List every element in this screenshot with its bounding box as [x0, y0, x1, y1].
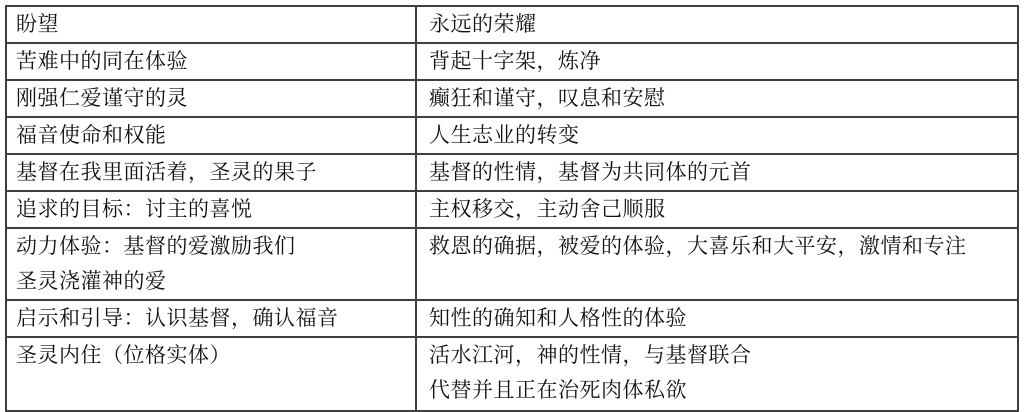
- table-cell: 活水江河，神的性情，与基督联合 代替并且正在治死肉体私欲: [416, 337, 1018, 411]
- table-cell: 永远的荣耀: [416, 6, 1018, 43]
- table-cell: 动力体验：基督的爱激励我们 圣灵浇灌神的爱: [6, 228, 416, 300]
- table-cell: 知性的确知和人格性的体验: [416, 300, 1018, 337]
- table-cell: 苦难中的同在体验: [6, 43, 416, 80]
- table-row: 基督在我里面活着，圣灵的果子 基督的性情，基督为共同体的元首: [6, 154, 1018, 191]
- cell-text: 主权移交，主动舍己顺服: [429, 192, 1009, 227]
- table-cell: 癫狂和谨守，叹息和安慰: [416, 80, 1018, 117]
- cell-text: 动力体验：基督的爱激励我们: [16, 229, 407, 264]
- table-cell: 主权移交，主动舍己顺服: [416, 191, 1018, 228]
- table-cell: 人生志业的转变: [416, 117, 1018, 154]
- table-cell: 刚强仁爱谨守的灵: [6, 80, 416, 117]
- table-cell: 救恩的确据，被爱的体验，大喜乐和大平安，激情和专注: [416, 228, 1018, 300]
- table-cell: 追求的目标：讨主的喜悦: [6, 191, 416, 228]
- cell-text: 盼望: [16, 7, 407, 42]
- cell-text: 基督的性情，基督为共同体的元首: [429, 155, 1009, 190]
- cell-text: 人生志业的转变: [429, 118, 1009, 153]
- cell-text: 背起十字架，炼净: [429, 44, 1009, 79]
- cell-text: 救恩的确据，被爱的体验，大喜乐和大平安，激情和专注: [429, 229, 1009, 264]
- table-row: 刚强仁爱谨守的灵 癫狂和谨守，叹息和安慰: [6, 80, 1018, 117]
- table-row: 动力体验：基督的爱激励我们 圣灵浇灌神的爱 救恩的确据，被爱的体验，大喜乐和大平…: [6, 228, 1018, 300]
- table-row: 启示和引导：认识基督，确认福音 知性的确知和人格性的体验: [6, 300, 1018, 337]
- table-cell: 圣灵内住（位格实体）: [6, 337, 416, 411]
- cell-text: 癫狂和谨守，叹息和安慰: [429, 81, 1009, 116]
- table-row: 盼望 永远的荣耀: [6, 6, 1018, 43]
- table-row: 追求的目标：讨主的喜悦 主权移交，主动舍己顺服: [6, 191, 1018, 228]
- cell-text: 基督在我里面活着，圣灵的果子: [16, 155, 407, 190]
- table-cell: 启示和引导：认识基督，确认福音: [6, 300, 416, 337]
- table-cell: 基督在我里面活着，圣灵的果子: [6, 154, 416, 191]
- comparison-table: 盼望 永远的荣耀 苦难中的同在体验 背起十字架，炼净 刚强仁爱谨守的灵 癫狂和谨…: [5, 5, 1019, 412]
- cell-text: 苦难中的同在体验: [16, 44, 407, 79]
- cell-text: 活水江河，神的性情，与基督联合: [429, 338, 1009, 373]
- table-cell: 背起十字架，炼净: [416, 43, 1018, 80]
- cell-text: 知性的确知和人格性的体验: [429, 301, 1009, 336]
- cell-text: 圣灵浇灌神的爱: [16, 264, 407, 299]
- cell-text: 代替并且正在治死肉体私欲: [429, 373, 1009, 408]
- table-cell: 盼望: [6, 6, 416, 43]
- cell-text: 刚强仁爱谨守的灵: [16, 81, 407, 116]
- cell-text: 永远的荣耀: [429, 7, 1009, 42]
- cell-text: 追求的目标：讨主的喜悦: [16, 192, 407, 227]
- table-cell: 福音使命和权能: [6, 117, 416, 154]
- table-cell: 基督的性情，基督为共同体的元首: [416, 154, 1018, 191]
- cell-text: 圣灵内住（位格实体）: [16, 338, 407, 373]
- table-row: 圣灵内住（位格实体） 活水江河，神的性情，与基督联合 代替并且正在治死肉体私欲: [6, 337, 1018, 411]
- cell-text: 福音使命和权能: [16, 118, 407, 153]
- table-row: 苦难中的同在体验 背起十字架，炼净: [6, 43, 1018, 80]
- table-row: 福音使命和权能 人生志业的转变: [6, 117, 1018, 154]
- cell-text: 启示和引导：认识基督，确认福音: [16, 301, 407, 336]
